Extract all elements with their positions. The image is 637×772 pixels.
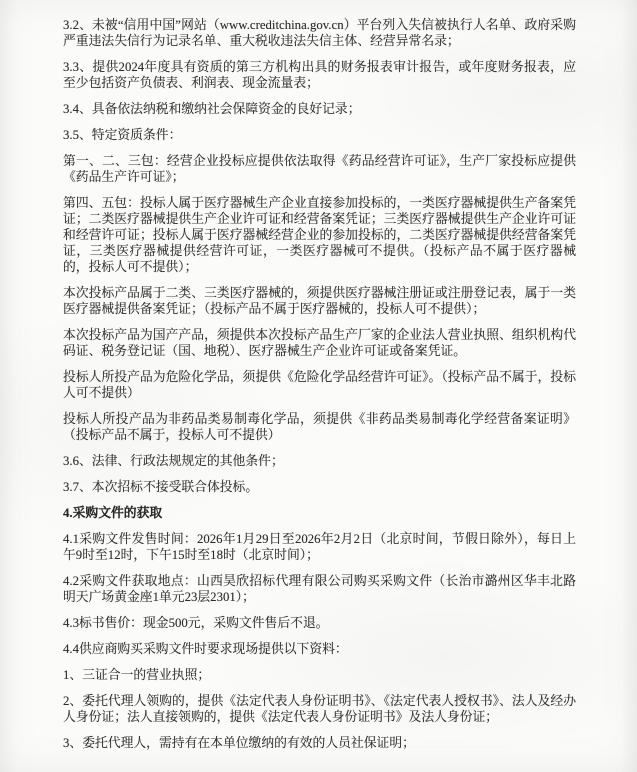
- clause-3-6-other-conditions: 3.6、法律、行政法规规定的其他条件；: [63, 453, 576, 469]
- clause-3-5-specific-qualifications: 3.5、特定资质条件：: [63, 127, 576, 143]
- clause-hazardous-chemicals: 投标人所投产品为危险化学品，须提供《危险化学品经营许可证》。（投标产品不属于，投…: [63, 369, 576, 401]
- clause-3-4-tax-social-security: 3.4、具备依法纳税和缴纳社会保障资金的良好记录；: [63, 101, 576, 117]
- material-item-1-business-license: 1、三证合一的营业执照；: [63, 667, 576, 683]
- clause-3-3-financial-report: 3.3、提供2024年度具有资质的第三方机构出具的财务报表审计报告，或年度财务报…: [63, 59, 576, 91]
- clause-4-1-sale-time: 4.1采购文件发售时间：2026年1月29日至2026年2月2日（北京时间，节假…: [63, 531, 576, 563]
- clause-device-registration: 本次投标产品属于二类、三类医疗器械的，须提供医疗器械注册证或注册登记表，属于一类…: [63, 285, 576, 317]
- clause-4-3-document-price: 4.3标书售价：现金500元，采购文件售后不退。: [63, 615, 576, 631]
- clause-packages-4-5: 第四、五包：投标人属于医疗器械生产企业直接参加投标的，一类医疗器械提供生产备案凭…: [63, 195, 576, 275]
- section-heading-4-document-acquisition: 4.采购文件的获取: [63, 505, 576, 521]
- material-item-2-authorization-documents: 2、委托代理人领购的，提供《法定代表人身份证明书》、《法定代表人授权书》、法人及…: [63, 693, 576, 725]
- document-page: 3.2、未被“信用中国”网站（www.creditchina.gov.cn）平台…: [0, 0, 637, 772]
- clause-packages-1-2-3: 第一、二、三包：经营企业投标应提供依法取得《药品经营许可证》，生产厂家投标应提供…: [63, 153, 576, 185]
- clause-4-2-acquisition-location: 4.2采购文件获取地点：山西昊欣招标代理有限公司购买采购文件（长治市潞州区华丰北…: [63, 573, 576, 605]
- clause-4-4-required-materials: 4.4供应商购买采购文件时要求现场提供以下资料：: [63, 641, 576, 657]
- clause-3-2-creditchina: 3.2、未被“信用中国”网站（www.creditchina.gov.cn）平台…: [63, 17, 576, 49]
- clause-precursor-chemicals: 投标人所投产品为非药品类易制毒化学品，须提供《非药品类易制毒化学经营备案证明》（…: [63, 411, 576, 443]
- clause-domestic-product: 本次投标产品为国产产品，须提供本次投标产品生产厂家的企业法人营业执照、组织机构代…: [63, 327, 576, 359]
- clause-3-7-no-consortium: 3.7、本次招标不接受联合体投标。: [63, 479, 576, 495]
- material-item-3-social-security-proof: 3、委托代理人，需持有在本单位缴纳的有效的人员社保证明；: [63, 735, 576, 751]
